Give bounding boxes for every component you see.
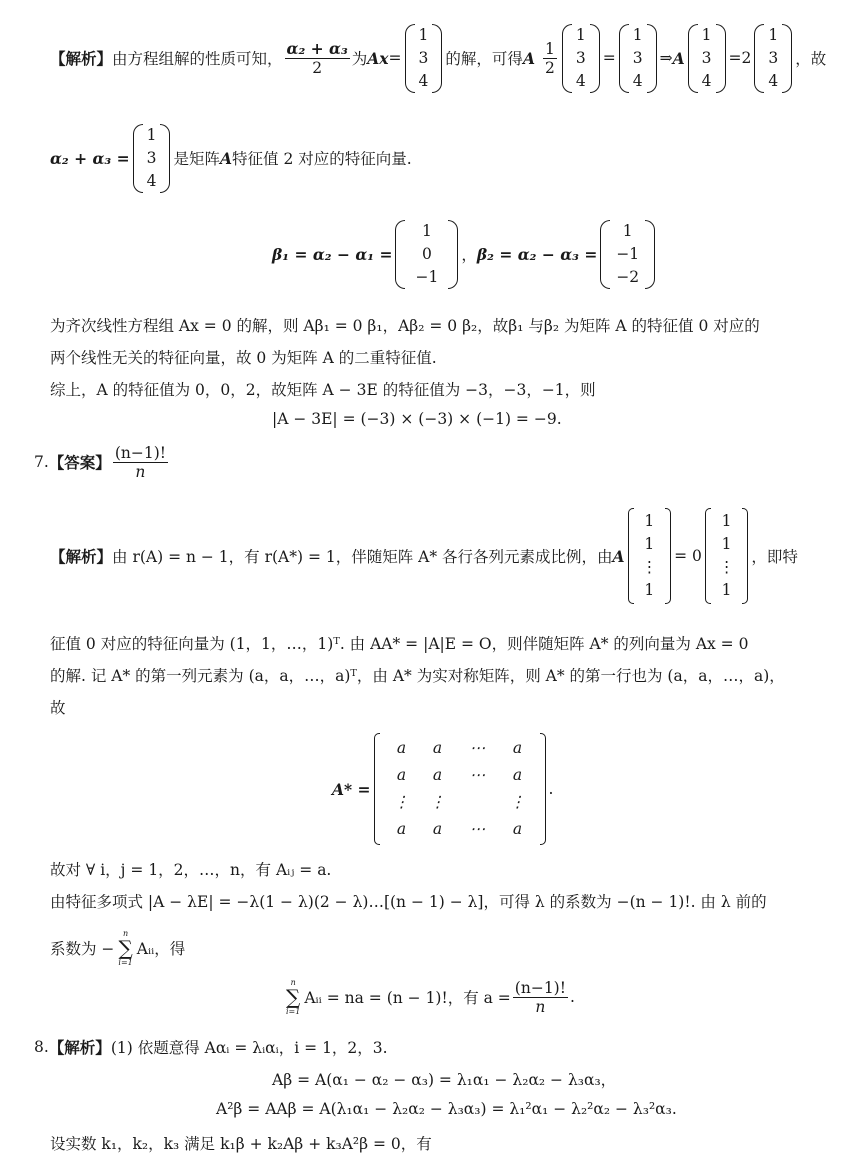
half-fraction: 12 bbox=[543, 40, 557, 77]
implies-arrow: ⇒ bbox=[660, 49, 673, 67]
ones-vector: 11⋮1 bbox=[628, 508, 672, 604]
text: ，故 bbox=[795, 47, 826, 69]
q7-line-5: 故对 ∀ i，j = 1，2，…，n，有 Aᵢⱼ = a. bbox=[50, 858, 331, 880]
q8-line-2: Aβ = A(α₁ − α₂ − α₃) = λ₁α₁ − λ₂α₂ − λ₃α… bbox=[272, 1068, 616, 1090]
summation: n∑i=1 bbox=[118, 929, 132, 967]
q6-line-5: 两个线性无关的特征向量，故 0 为矩阵 A 的二重特征值. bbox=[50, 346, 437, 368]
text: Aᵢᵢ，得 bbox=[137, 937, 185, 959]
text: 由 r(A) = n − 1，有 r(A*) = 1，伴随矩阵 A* 各行各列元… bbox=[112, 545, 613, 567]
text: 由方程组解的性质可知， bbox=[112, 47, 283, 69]
frac-num: α₂ + α₃ bbox=[285, 40, 350, 59]
question-number: 8. bbox=[34, 1038, 49, 1056]
equals-two: =2 bbox=[729, 49, 752, 67]
column-vector: 10−1 bbox=[395, 220, 458, 289]
text: 系数为 − bbox=[50, 937, 114, 959]
column-vector: 134 bbox=[754, 24, 792, 93]
text: 特征值 2 对应的特征向量. bbox=[232, 147, 412, 169]
column-vector: 134 bbox=[619, 24, 657, 93]
math-A: A bbox=[613, 547, 625, 566]
fraction: (n−1)!n bbox=[513, 979, 568, 1016]
period: . bbox=[549, 780, 554, 798]
answer-fraction: (n−1)!n bbox=[113, 444, 168, 481]
column-vector: 134 bbox=[405, 24, 443, 93]
equals: = bbox=[389, 49, 402, 67]
q6-line-1: 【解析】 由方程组解的性质可知， α₂ + α₃ 2 为 Ax = 134 的解… bbox=[50, 18, 826, 98]
fraction: α₂ + α₃ 2 bbox=[285, 40, 350, 77]
text: ，即特 bbox=[751, 545, 798, 567]
q7-line-1: 【解析】 由 r(A) = n − 1，有 r(A*) = 1，伴随矩阵 A* … bbox=[50, 496, 798, 616]
summation: n∑i=1 bbox=[286, 978, 300, 1016]
q6-line-4: 为齐次线性方程组 Ax = 0 的解，则 Aβ₁ = 0 β₁，Aβ₂ = 0 … bbox=[50, 314, 760, 336]
q8-line-1: 8. 【解析】 (1) 依题意得 Aαᵢ = λᵢαᵢ，i = 1，2，3. bbox=[34, 1036, 388, 1058]
q7-line-2: 征值 0 对应的特征向量为 (1，1，…，1)ᵀ. 由 AA* = |A|E =… bbox=[50, 632, 748, 654]
separator: ， bbox=[461, 243, 477, 265]
analysis-tag: 【解析】 bbox=[50, 545, 112, 567]
text: 的解，可得 bbox=[445, 47, 523, 69]
adjugate-matrix: aa⋯a aa⋯a ⋮⋮⋮ aa⋯a bbox=[374, 733, 546, 845]
analysis-tag: 【解析】 bbox=[49, 1036, 111, 1058]
answer-tag: 【答案】 bbox=[49, 451, 111, 473]
math-Ax: Ax bbox=[367, 49, 388, 68]
equals: = 0 bbox=[674, 547, 702, 565]
column-vector: 134 bbox=[688, 24, 726, 93]
q8-line-3: A²β = AAβ = A(λ₁α₁ − λ₂α₂ − λ₃α₃) = λ₁²α… bbox=[216, 1100, 677, 1118]
ones-vector: 11⋮1 bbox=[705, 508, 749, 604]
q7-line-6: 由特征多项式 |A − λE| = −λ(1 − λ)(2 − λ)…[(n −… bbox=[50, 890, 767, 912]
equals: = bbox=[603, 49, 616, 67]
math-A: A bbox=[673, 49, 685, 68]
adjugate-matrix-equation: A* = aa⋯a aa⋯a ⋮⋮⋮ aa⋯a . bbox=[332, 730, 553, 848]
q6-line-2: α₂ + α₃ = 134 是矩阵 A 特征值 2 对应的特征向量. bbox=[50, 118, 412, 198]
question-number: 7. bbox=[34, 453, 49, 471]
beta2-def: β₂ = α₂ − α₃ = bbox=[477, 245, 597, 264]
math-A: A bbox=[220, 149, 232, 168]
column-vector: 1−1−2 bbox=[600, 220, 655, 289]
analysis-tag: 【解析】 bbox=[50, 47, 112, 69]
q6-beta-equation: β₁ = α₂ − α₁ = 10−1 ， β₂ = α₂ − α₃ = 1−1… bbox=[272, 212, 658, 296]
column-vector: 134 bbox=[133, 124, 171, 193]
text: Aᵢᵢ = na = (n − 1)!，有 a = bbox=[304, 986, 510, 1008]
text: 为 bbox=[352, 47, 368, 69]
q7-line-4: 故 bbox=[50, 696, 66, 718]
q6-line-6: 综上，A 的特征值为 0，0，2，故矩阵 A − 3E 的特征值为 −3，−3，… bbox=[50, 378, 596, 400]
beta1-def: β₁ = α₂ − α₁ = bbox=[272, 245, 392, 264]
q7-answer: 7. 【答案】 (n−1)!n bbox=[34, 440, 170, 484]
q7-final-equation: n∑i=1 Aᵢᵢ = na = (n − 1)!，有 a = (n−1)!n … bbox=[282, 972, 575, 1022]
column-vector: 134 bbox=[562, 24, 600, 93]
text: (1) 依题意得 Aαᵢ = λᵢαᵢ，i = 1，2，3. bbox=[111, 1036, 388, 1058]
math-lhs: α₂ + α₃ = bbox=[50, 149, 130, 168]
q8-line-4: 设实数 k₁，k₂，k₃ 满足 k₁β + k₂Aβ + k₃A²β = 0，有 bbox=[50, 1132, 432, 1154]
math-lhs: A* = bbox=[332, 780, 371, 799]
math-A: A bbox=[523, 49, 535, 68]
frac-den: 2 bbox=[312, 59, 322, 77]
period: . bbox=[570, 988, 575, 1006]
q7-line-3: 的解. 记 A* 的第一列元素为 (a，a，…，a)ᵀ，由 A* 为实对称矩阵，… bbox=[50, 664, 785, 686]
q6-determinant-result: |A − 3E| = (−3) × (−3) × (−1) = −9. bbox=[272, 410, 562, 428]
q7-line-7: 系数为 − n∑i=1 Aᵢᵢ，得 bbox=[50, 926, 185, 970]
text: 是矩阵 bbox=[173, 147, 220, 169]
